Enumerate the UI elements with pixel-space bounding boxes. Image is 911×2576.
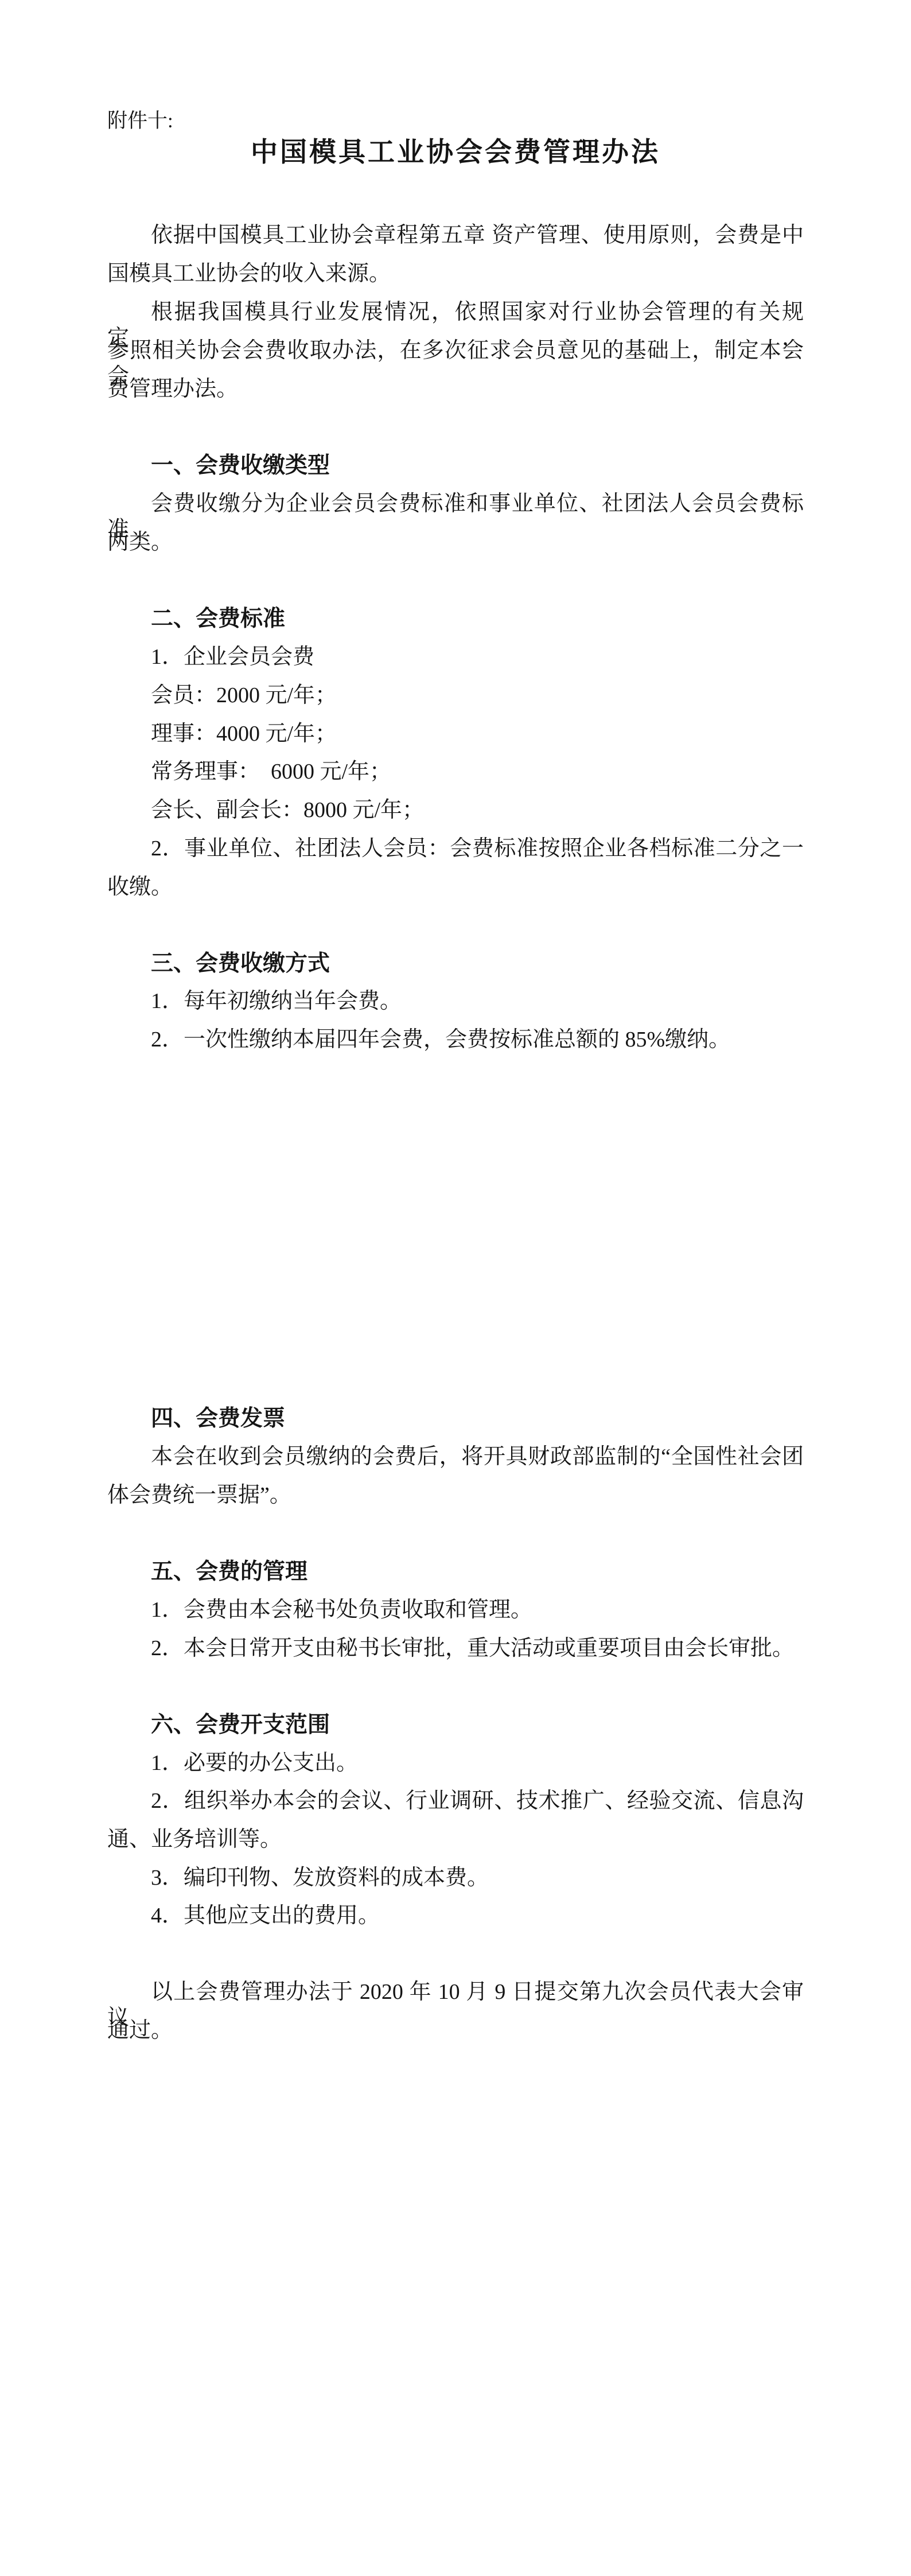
text-line: 1．企业会员会费 <box>107 644 804 670</box>
text-line: 两类。 <box>107 530 804 555</box>
section-heading: 二、会费标准 <box>107 606 804 632</box>
section-heading: 一、会费收缴类型 <box>107 453 804 479</box>
text-line: 通、业务培训等。 <box>107 1827 804 1853</box>
section-heading: 六、会费开支范围 <box>107 1712 804 1738</box>
text-line: 通过。 <box>107 2018 804 2044</box>
text-line: 费管理办法。 <box>107 376 804 402</box>
page-title: 中国模具工业协会会费管理办法 <box>107 137 804 168</box>
text-line: 4．其他应支出的费用。 <box>107 1903 804 1929</box>
text-line: 收缴。 <box>107 874 804 900</box>
text-line: 1．必要的办公支出。 <box>107 1750 804 1776</box>
section-heading: 五、会费的管理 <box>107 1559 804 1585</box>
text-line: 会长、副会长：8000 元/年； <box>107 797 804 823</box>
section-heading: 四、会费发票 <box>107 1406 804 1432</box>
text-line: 2．一次性缴纳本届四年会费，会费按标准总额的 85%缴纳。 <box>107 1027 804 1053</box>
section-heading: 三、会费收缴方式 <box>107 951 804 977</box>
attachment-label: 附件十: <box>107 109 804 133</box>
document-page: 附件十:中国模具工业协会会费管理办法依据中国模具工业协会章程第五章 资产管理、使… <box>0 0 911 2576</box>
text-line: 体会费统一票据”。 <box>107 1482 804 1508</box>
text-line: 2．本会日常开支由秘书长审批，重大活动或重要项目由会长审批。 <box>107 1636 804 1661</box>
text-line: 1．每年初缴纳当年会费。 <box>107 989 804 1014</box>
text-line: 1．会费由本会秘书处负责收取和管理。 <box>107 1597 804 1623</box>
text-line: 3．编印刊物、发放资料的成本费。 <box>107 1865 804 1891</box>
text-line: 理事：4000 元/年； <box>107 721 804 747</box>
text-line: 国模具工业协会的收入来源。 <box>107 261 804 287</box>
text-line: 会员：2000 元/年； <box>107 683 804 709</box>
text-line: 常务理事： 6000 元/年； <box>107 759 804 785</box>
